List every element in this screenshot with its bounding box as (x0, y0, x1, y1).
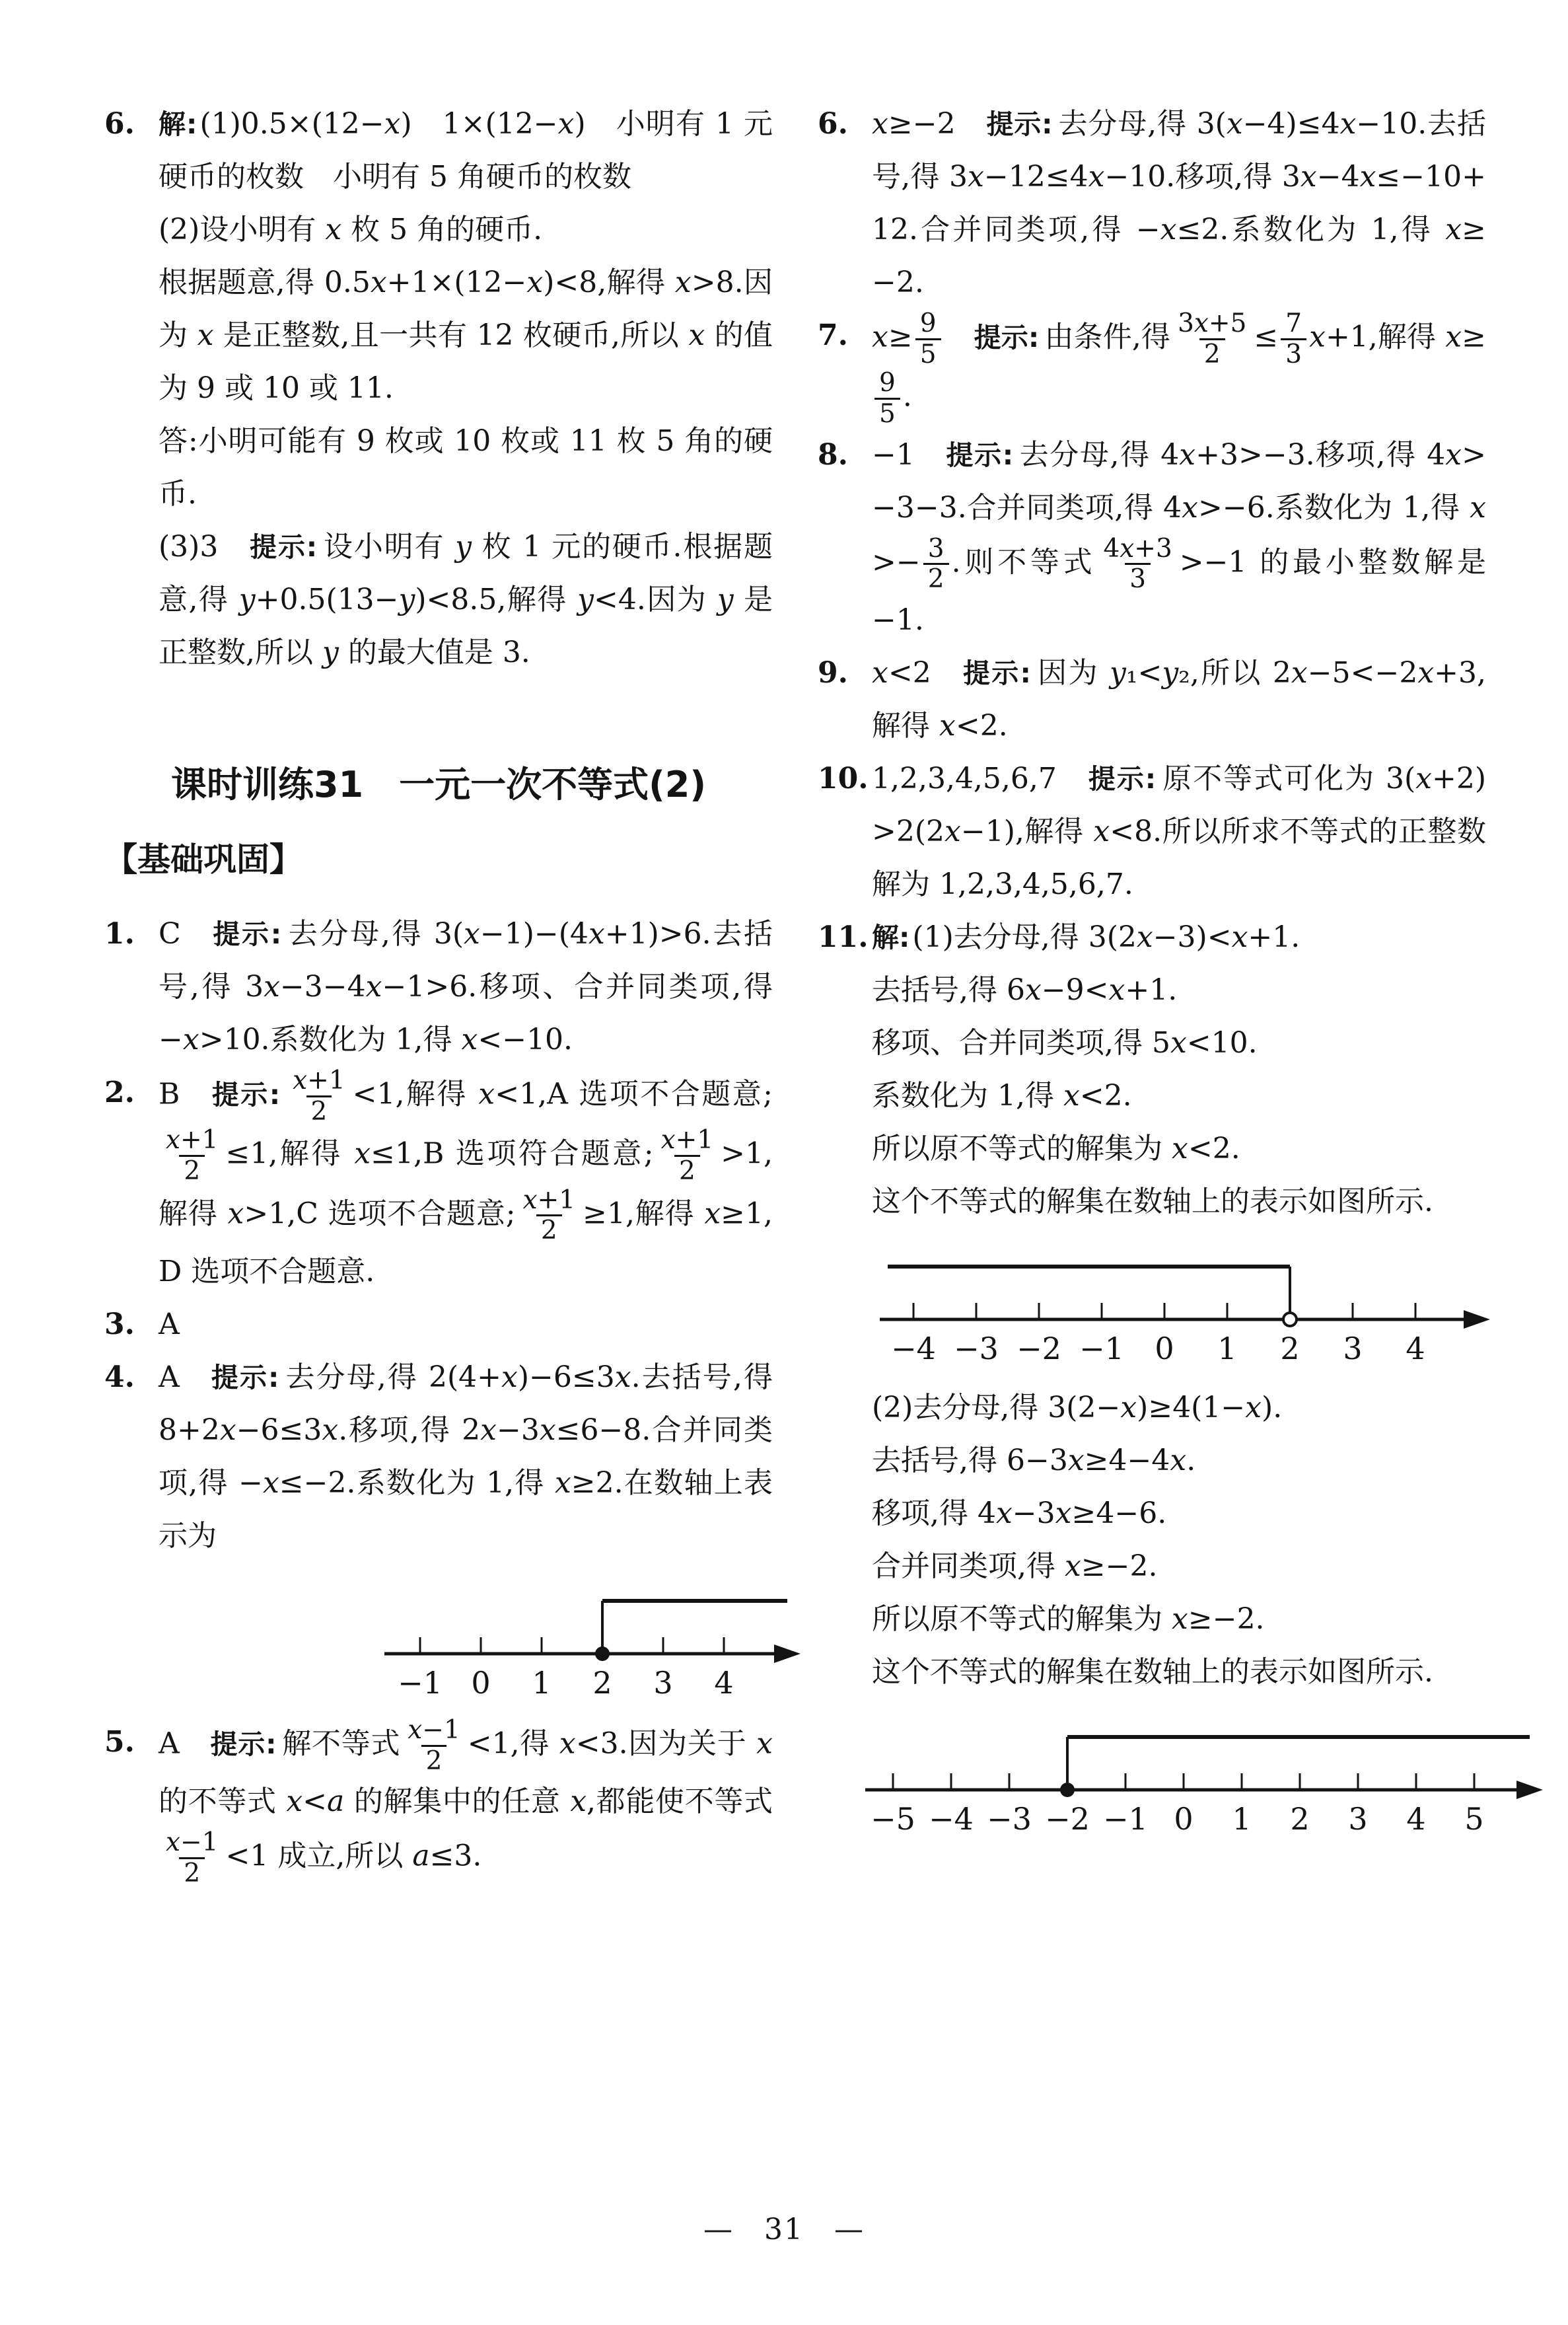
hint-label: 提示: (210, 1079, 280, 1111)
svg-text:2: 2 (1280, 1331, 1299, 1366)
answer-paragraph: C提示:去分母,得 3(x−1)−(4x+1)>6.去括号,得 3x−3−4x−… (159, 908, 773, 1066)
left-column: 6.解:(1)0.5×(12−x) 1×(12−x) 小明有 1 元硬币的枚数 … (104, 98, 773, 1888)
answer-item: 2.B提示:x+12<1,解得 x<1,A 选项不合题意;x+12≤1,解得 x… (104, 1066, 773, 1298)
answer-paragraph: A提示:去分母,得 2(4+x)−6≤3x.去括号,得 8+2x−6≤3x.移项… (159, 1351, 773, 1563)
fraction-denominator: 2 (1199, 338, 1225, 369)
answer-item: 5.A提示:解不等式x−12<1,得 x<3.因为关于 x 的不等式 x<a 的… (104, 1716, 773, 1888)
fraction: x+12 (518, 1186, 581, 1245)
fraction-denominator: 3 (1281, 338, 1306, 369)
answer-item: 11.解:(1)去分母,得 3(2x−3)<x+1.去括号,得 6x−9<x+1… (818, 911, 1486, 1852)
svg-text:−4: −4 (929, 1801, 974, 1837)
item-body: x≥95提示:由条件,得3x+52≤73x+1,解得 x≥95. (872, 309, 1486, 429)
solution-label: 解: (872, 922, 909, 953)
answer-paragraph: x≥−2提示:去分母,得 3(x−4)≤4x−10.去括号,得 3x−12≤4x… (872, 98, 1486, 309)
svg-text:4: 4 (1406, 1801, 1425, 1837)
workbook-answer-page: 6.解:(1)0.5×(12−x) 1×(12−x) 小明有 1 元硬币的枚数 … (0, 0, 1568, 2325)
fraction-numerator: x+1 (518, 1186, 581, 1215)
filled-dot-mark (595, 1646, 610, 1661)
item-number: 11. (818, 911, 872, 964)
svg-text:2: 2 (1290, 1801, 1309, 1837)
fraction: x+12 (657, 1126, 719, 1185)
fraction: x+12 (161, 1126, 223, 1185)
item-number: 2. (104, 1066, 159, 1119)
number-line-figure: −5−4−3−2−1012345 (863, 1721, 1486, 1837)
item-body: 解:(1)去分母,得 3(2x−3)<x+1.去括号,得 6x−9<x+1.移项… (872, 911, 1486, 1852)
item-body: −1提示:去分母,得 4x+3>−3.移项,得 4x>−3−3.合并同类项,得 … (872, 429, 1486, 647)
fraction-numerator: 7 (1281, 309, 1306, 338)
fraction-denominator: 2 (536, 1214, 562, 1245)
number-line: −4−3−2−101234 (877, 1251, 1491, 1367)
item-body: A提示:解不等式x−12<1,得 x<3.因为关于 x 的不等式 x<a 的解集… (159, 1716, 773, 1888)
hint-label: 提示: (211, 918, 281, 950)
fraction: 95 (874, 369, 900, 428)
lesson-title: 课时训练31 一元一次不等式(2) (104, 764, 773, 806)
hint-label: 提示: (248, 531, 317, 563)
item-body: 解:(1)0.5×(12−x) 1×(12−x) 小明有 1 元硬币的枚数 小明… (159, 98, 773, 679)
item-body: B提示:x+12<1,解得 x<1,A 选项不合题意;x+12≤1,解得 x≤1… (159, 1066, 773, 1298)
fraction-denominator: 2 (674, 1155, 700, 1186)
filled-dot-mark (1060, 1783, 1075, 1797)
answer-item: 3.A (104, 1298, 773, 1351)
svg-text:1: 1 (1232, 1801, 1251, 1837)
svg-text:2: 2 (592, 1665, 612, 1701)
fraction-numerator: x+1 (288, 1066, 350, 1095)
solution-paragraph: 这个不等式的解集在数轴上的表示如图所示. (872, 1175, 1486, 1228)
answer-paragraph: A (159, 1298, 773, 1351)
number-line: −5−4−3−2−1012345 (863, 1721, 1544, 1837)
answer-item: 9.x<2提示:因为 y₁<y₂,所以 2x−5<−2x+3,解得 x<2. (818, 647, 1486, 753)
answer-paragraph: 1,2,3,4,5,6,7提示:原不等式可化为 3(x+2)>2(2x−1),解… (872, 753, 1486, 911)
solution-paragraph: 根据题意,得 0.5x+1×(12−x)<8,解得 x>8.因为 x 是正整数,… (159, 256, 773, 415)
solution-paragraph: 合并同类项,得 x≥−2. (872, 1540, 1486, 1593)
solution-paragraph: 解:(1)0.5×(12−x) 1×(12−x) 小明有 1 元硬币的枚数 小明… (159, 98, 773, 203)
item-number: 1. (104, 908, 159, 961)
item-number: 5. (104, 1716, 159, 1769)
hint-label: 提示: (1087, 763, 1156, 795)
open-circle-mark (1283, 1313, 1297, 1326)
fraction-denominator: 3 (1125, 563, 1151, 594)
svg-text:0: 0 (1155, 1331, 1174, 1366)
axis-arrow (774, 1644, 801, 1663)
hint-label: 提示: (962, 657, 1031, 689)
svg-text:−2: −2 (1016, 1331, 1061, 1366)
svg-text:−5: −5 (871, 1801, 915, 1837)
svg-text:3: 3 (653, 1665, 672, 1701)
svg-text:5: 5 (1464, 1801, 1483, 1837)
item-number: 9. (818, 647, 872, 700)
svg-text:1: 1 (532, 1665, 551, 1701)
fraction-denominator: 5 (915, 338, 941, 369)
answer-paragraph: x≥95提示:由条件,得3x+52≤73x+1,解得 x≥95. (872, 309, 1486, 429)
right-column: 6.x≥−2提示:去分母,得 3(x−4)≤4x−10.去括号,得 3x−12≤… (818, 98, 1486, 1852)
item-number: 7. (818, 309, 872, 362)
answer-item: 8.−1提示:去分母,得 4x+3>−3.移项,得 4x>−3−3.合并同类项,… (818, 429, 1486, 647)
item-body: 1,2,3,4,5,6,7提示:原不等式可化为 3(x+2)>2(2x−1),解… (872, 753, 1486, 911)
answer-paragraph: −1提示:去分母,得 4x+3>−3.移项,得 4x>−3−3.合并同类项,得 … (872, 429, 1486, 647)
fraction: x−12 (161, 1828, 223, 1888)
solution-paragraph: 解:(1)去分母,得 3(2x−3)<x+1. (872, 911, 1486, 964)
fraction-numerator: 9 (915, 309, 941, 338)
svg-text:0: 0 (471, 1665, 490, 1701)
solution-paragraph: 答:小明可能有 9 枚或 10 枚或 11 枚 5 角的硬币. (159, 415, 773, 521)
axis-arrow (1516, 1781, 1543, 1799)
solution-paragraph: 移项,得 4x−3x≥4−6. (872, 1487, 1486, 1540)
fraction-numerator: 4x+3 (1098, 535, 1176, 564)
number-line-figure: −101234 (382, 1585, 773, 1701)
solution-paragraph: 这个不等式的解集在数轴上的表示如图所示. (872, 1646, 1486, 1699)
answer-paragraph: x<2提示:因为 y₁<y₂,所以 2x−5<−2x+3,解得 x<2. (872, 647, 1486, 753)
hint-label: 提示: (986, 108, 1053, 140)
svg-text:−3: −3 (987, 1801, 1032, 1837)
fraction: 73 (1281, 309, 1306, 369)
answer-item: 6.解:(1)0.5×(12−x) 1×(12−x) 小明有 1 元硬币的枚数 … (104, 98, 773, 679)
solution-label: 解: (159, 108, 197, 140)
fraction-denominator: 5 (874, 398, 900, 429)
item-body: x<2提示:因为 y₁<y₂,所以 2x−5<−2x+3,解得 x<2. (872, 647, 1486, 753)
svg-text:1: 1 (1217, 1331, 1236, 1366)
fraction-numerator: 9 (874, 369, 900, 398)
item-number: 8. (818, 429, 872, 482)
answer-paragraph: B提示:x+12<1,解得 x<1,A 选项不合题意;x+12≤1,解得 x≤1… (159, 1066, 773, 1298)
fraction: x+12 (288, 1066, 350, 1126)
fraction-numerator: x−1 (403, 1716, 465, 1745)
hint-label: 提示: (210, 1728, 277, 1760)
item-number: 3. (104, 1298, 159, 1351)
answer-item: 4.A提示:去分母,得 2(4+x)−6≤3x.去括号,得 8+2x−6≤3x.… (104, 1351, 773, 1716)
fraction: 4x+33 (1098, 535, 1176, 594)
item-number: 10. (818, 753, 872, 805)
svg-text:−1: −1 (1079, 1331, 1124, 1366)
hint-label: 提示: (974, 322, 1040, 353)
solution-paragraph: 系数化为 1,得 x<2. (872, 1070, 1486, 1123)
svg-text:−4: −4 (891, 1331, 936, 1366)
axis-arrow (1464, 1310, 1490, 1329)
fraction: 3x+52 (1173, 309, 1251, 369)
fraction-denominator: 2 (421, 1745, 447, 1776)
solution-paragraph: 去括号,得 6−3x≥4−4x. (872, 1434, 1486, 1487)
item-body: A (159, 1298, 773, 1351)
svg-text:−1: −1 (1103, 1801, 1148, 1837)
svg-text:3: 3 (1348, 1801, 1367, 1837)
hint-label: 提示: (945, 439, 1013, 471)
item-number: 4. (104, 1351, 159, 1404)
solution-paragraph: 去括号,得 6x−9<x+1. (872, 964, 1486, 1017)
fraction-numerator: x+1 (161, 1126, 223, 1155)
number-line: −101234 (382, 1585, 802, 1701)
solution-paragraph: (2)去分母,得 3(2−x)≥4(1−x). (872, 1382, 1486, 1434)
svg-text:4: 4 (714, 1665, 733, 1701)
solution-paragraph: 所以原不等式的解集为 x<2. (872, 1123, 1486, 1175)
fraction-numerator: x+1 (657, 1126, 719, 1155)
fraction-numerator: 3 (923, 535, 949, 564)
fraction-numerator: 3x+5 (1173, 309, 1251, 338)
svg-text:4: 4 (1406, 1331, 1425, 1366)
svg-text:0: 0 (1174, 1801, 1193, 1837)
fraction-denominator: 2 (306, 1095, 332, 1126)
item-number: 6. (818, 98, 872, 151)
svg-text:−1: −1 (398, 1665, 443, 1701)
fraction-denominator: 2 (179, 1857, 205, 1888)
fraction: x−12 (403, 1716, 465, 1775)
section-heading: 【基础巩固】 (104, 840, 773, 879)
fraction: 32 (923, 535, 949, 594)
item-body: A提示:去分母,得 2(4+x)−6≤3x.去括号,得 8+2x−6≤3x.移项… (159, 1351, 773, 1716)
svg-text:−2: −2 (1045, 1801, 1090, 1837)
solution-paragraph: (3)3提示:设小明有 y 枚 1 元的硬币.根据题意,得 y+0.5(13−y… (159, 521, 773, 679)
answer-item: 10.1,2,3,4,5,6,7提示:原不等式可化为 3(x+2)>2(2x−1… (818, 753, 1486, 911)
svg-text:3: 3 (1343, 1331, 1362, 1366)
answer-item: 6.x≥−2提示:去分母,得 3(x−4)≤4x−10.去括号,得 3x−12≤… (818, 98, 1486, 309)
number-line-figure: −4−3−2−101234 (877, 1251, 1486, 1367)
answer-item: 1.C提示:去分母,得 3(x−1)−(4x+1)>6.去括号,得 3x−3−4… (104, 908, 773, 1066)
page-number: — 31 — (0, 2205, 1568, 2248)
svg-text:−3: −3 (954, 1331, 999, 1366)
solution-paragraph: (2)设小明有 x 枚 5 角的硬币. (159, 203, 773, 256)
answer-item: 7.x≥95提示:由条件,得3x+52≤73x+1,解得 x≥95. (818, 309, 1486, 429)
fraction-denominator: 2 (923, 563, 949, 594)
fraction: 95 (915, 309, 941, 369)
fraction-numerator: x−1 (161, 1828, 223, 1857)
item-body: C提示:去分母,得 3(x−1)−(4x+1)>6.去括号,得 3x−3−4x−… (159, 908, 773, 1066)
solution-paragraph: 移项、合并同类项,得 5x<10. (872, 1017, 1486, 1070)
solution-paragraph: 所以原不等式的解集为 x≥−2. (872, 1593, 1486, 1646)
item-number: 6. (104, 98, 159, 151)
answer-paragraph: A提示:解不等式x−12<1,得 x<3.因为关于 x 的不等式 x<a 的解集… (159, 1716, 773, 1888)
hint-label: 提示: (210, 1362, 279, 1393)
fraction-denominator: 2 (179, 1155, 205, 1186)
item-body: x≥−2提示:去分母,得 3(x−4)≤4x−10.去括号,得 3x−12≤4x… (872, 98, 1486, 309)
